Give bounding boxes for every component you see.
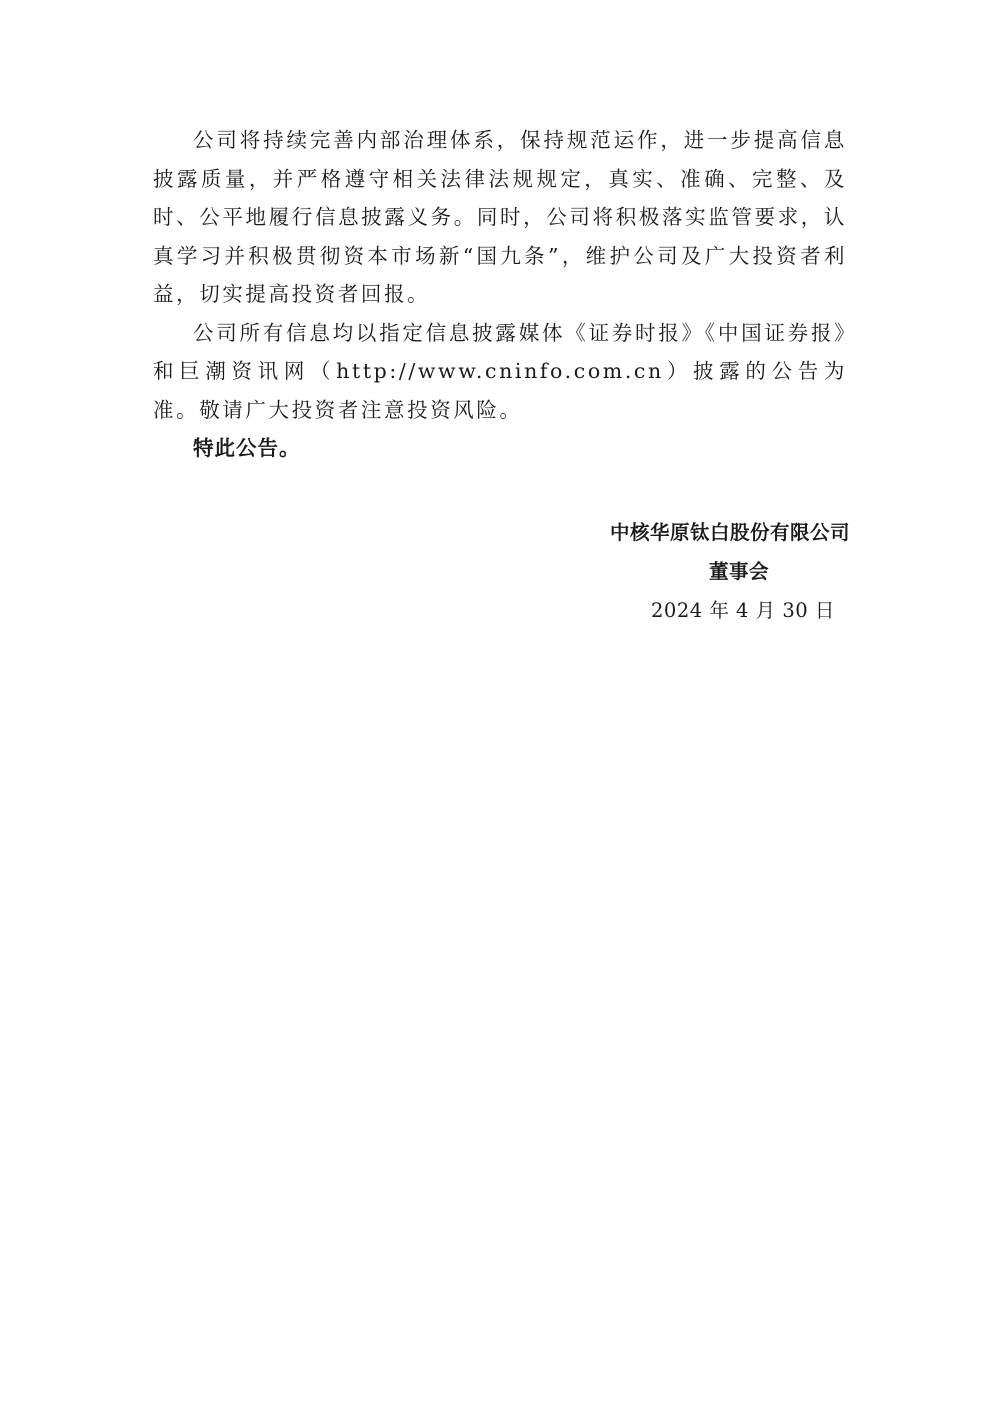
signature-date: 2024 年 4 月 30 日	[651, 592, 835, 630]
paragraph-disclosure-media: 公司所有信息均以指定信息披露媒体《证券时报》《中国证券报》和巨潮资讯网（http…	[153, 314, 847, 430]
paragraph-governance: 公司将持续完善内部治理体系，保持规范运作，进一步提高信息披露质量，并严格遵守相关…	[153, 121, 847, 314]
document-page: 公司将持续完善内部治理体系，保持规范运作，进一步提高信息披露质量，并严格遵守相关…	[0, 0, 1000, 1414]
signature-board: 董事会	[709, 553, 769, 591]
closing-statement: 特此公告。	[153, 429, 847, 468]
announcement-body: 公司将持续完善内部治理体系，保持规范运作，进一步提高信息披露质量，并严格遵守相关…	[153, 121, 847, 468]
signature-company: 中核华原钛白股份有限公司	[610, 514, 850, 552]
